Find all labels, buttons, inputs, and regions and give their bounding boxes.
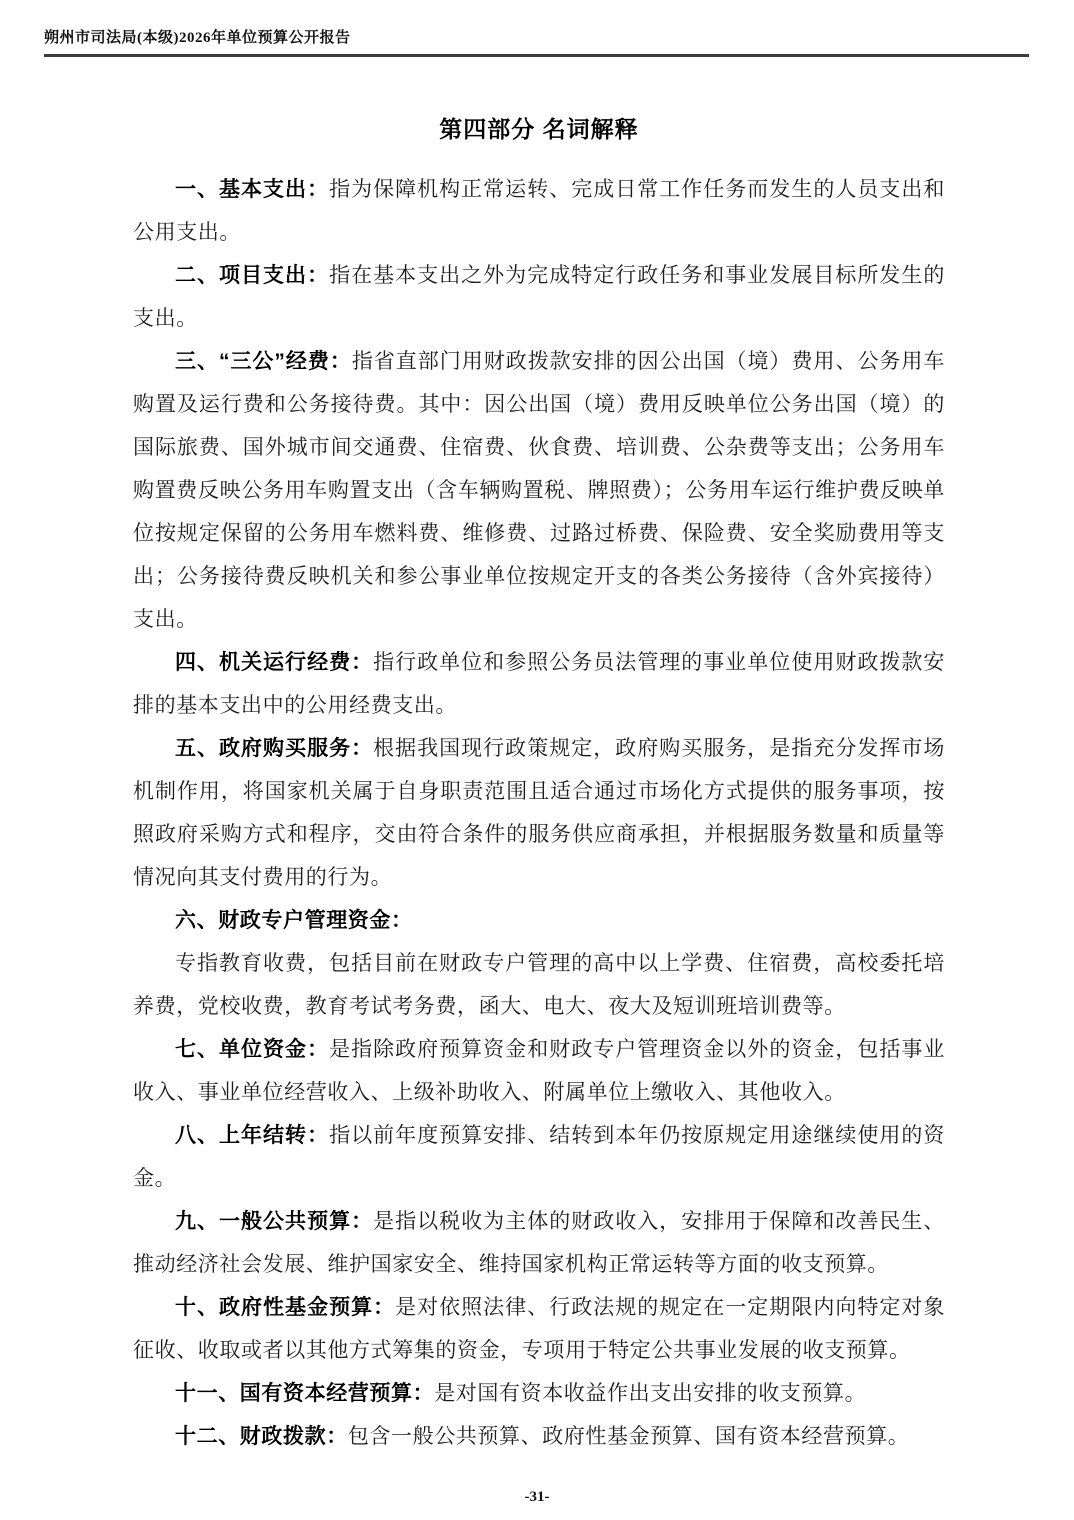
term-definition: 专指教育收费，包括目前在财政专户管理的高中以上学费、住宿费，高校委托培养费，党校…	[133, 951, 945, 1018]
term-label: 九、一般公共预算：	[175, 1210, 373, 1233]
term-label: 六、财政专户管理资金：	[175, 909, 413, 932]
term-definition: 指省直部门用财政拨款安排的因公出国（境）费用、公务用车购置及运行费和公务接待费。…	[133, 349, 945, 631]
term-label: 十一、国有资本经营预算：	[175, 1382, 434, 1405]
definition-paragraph: 七、单位资金：是指除政府预算资金和财政专户管理资金以外的资金，包括事业收入、事业…	[133, 1028, 945, 1114]
term-label: 十二、财政拨款：	[175, 1425, 348, 1448]
definition-paragraph: 二、项目支出：指在基本支出之外为完成特定行政任务和事业发展目标所发生的支出。	[133, 254, 945, 340]
page-number: -31-	[0, 1489, 1074, 1506]
definition-paragraph: 六、财政专户管理资金：	[133, 899, 945, 942]
term-label: 四、机关运行经费：	[175, 651, 373, 674]
term-label: 八、上年结转：	[175, 1124, 329, 1147]
definition-paragraph: 一、基本支出：指为保障机构正常运转、完成日常工作任务而发生的人员支出和公用支出。	[133, 168, 945, 254]
definition-paragraph: 三、“三公”经费：指省直部门用财政拨款安排的因公出国（境）费用、公务用车购置及运…	[133, 340, 945, 641]
document-body: 第四部分 名词解释 一、基本支出：指为保障机构正常运转、完成日常工作任务而发生的…	[133, 108, 945, 1458]
term-label: 十、政府性基金预算：	[175, 1296, 395, 1319]
definition-paragraph: 四、机关运行经费：指行政单位和参照公务员法管理的事业单位使用财政拨款安排的基本支…	[133, 641, 945, 727]
definition-paragraph: 十二、财政拨款：包含一般公共预算、政府性基金预算、国有资本经营预算。	[133, 1415, 945, 1458]
term-label: 一、基本支出：	[175, 178, 329, 201]
term-label: 五、政府购买服务：	[175, 737, 373, 760]
report-header-title: 朔州市司法局(本级)2026年单位预算公开报告	[44, 30, 351, 46]
term-definition: 是对国有资本收益作出支出安排的收支预算。	[434, 1381, 866, 1405]
page-header: 朔州市司法局(本级)2026年单位预算公开报告	[44, 26, 1029, 57]
term-label: 二、项目支出：	[175, 264, 329, 287]
definition-paragraph: 十一、国有资本经营预算：是对国有资本收益作出支出安排的收支预算。	[133, 1372, 945, 1415]
term-label: 三、“三公”经费：	[175, 350, 352, 373]
definition-paragraph: 九、一般公共预算：是指以税收为主体的财政收入，安排用于保障和改善民生、推动经济社…	[133, 1200, 945, 1286]
definition-paragraph: 专指教育收费，包括目前在财政专户管理的高中以上学费、住宿费，高校委托培养费，党校…	[133, 942, 945, 1028]
term-label: 七、单位资金：	[175, 1038, 329, 1061]
definition-paragraph: 十、政府性基金预算：是对依照法律、行政法规的规定在一定期限内向特定对象征收、收取…	[133, 1286, 945, 1372]
section-title: 第四部分 名词解释	[133, 108, 945, 151]
document-page: 朔州市司法局(本级)2026年单位预算公开报告 第四部分 名词解释 一、基本支出…	[0, 0, 1074, 1520]
term-definition: 包含一般公共预算、政府性基金预算、国有资本经营预算。	[348, 1424, 910, 1448]
definition-paragraph: 八、上年结转：指以前年度预算安排、结转到本年仍按原规定用途继续使用的资金。	[133, 1114, 945, 1200]
definition-paragraph: 五、政府购买服务：根据我国现行政策规定，政府购买服务，是指充分发挥市场机制作用，…	[133, 727, 945, 899]
